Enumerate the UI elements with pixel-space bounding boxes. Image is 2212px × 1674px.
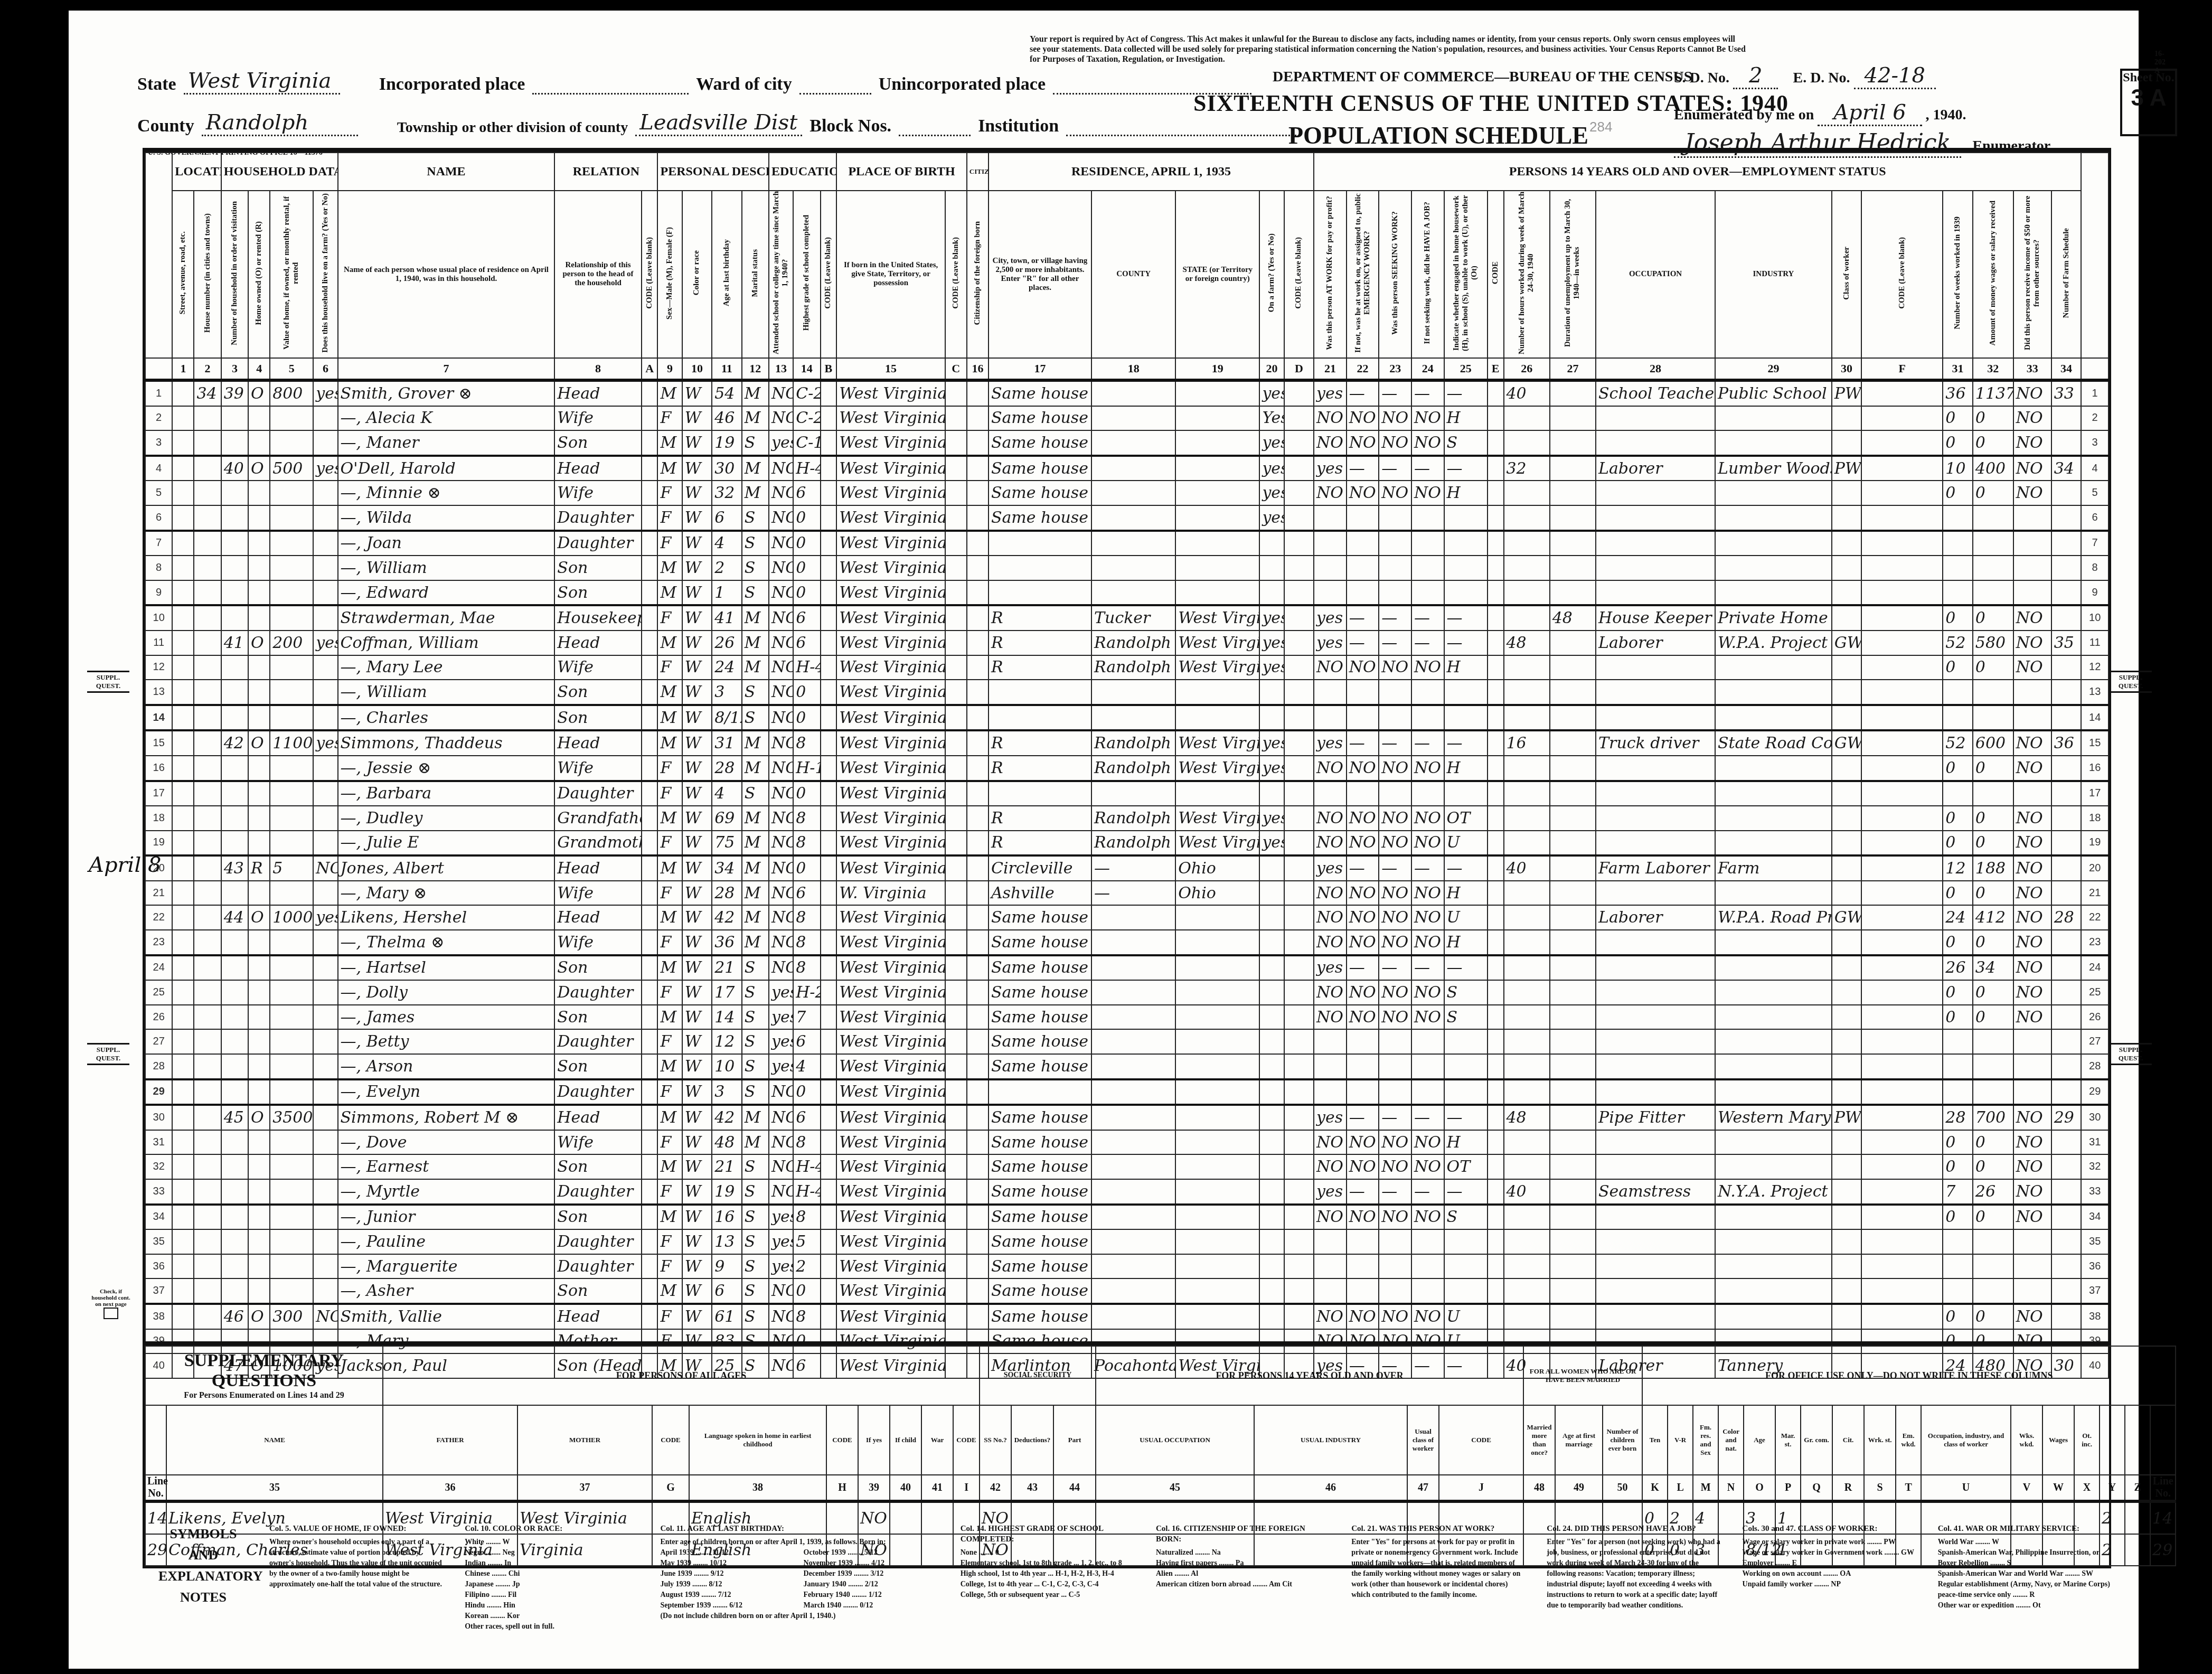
cell-code <box>1488 1304 1504 1329</box>
cell-sch: NO <box>769 580 793 606</box>
cell-c34: 33 <box>2051 380 2082 406</box>
cell-code <box>642 655 658 680</box>
cell-house <box>194 881 221 906</box>
cell-code <box>1488 655 1504 680</box>
cell-street <box>172 1154 194 1179</box>
cell-code <box>642 430 658 456</box>
cell-c34 <box>2051 1254 2082 1279</box>
cell-mar: M <box>742 831 769 856</box>
supp-col-number: U <box>1921 1475 2011 1501</box>
cell-code <box>945 456 967 481</box>
cell-code <box>1488 905 1504 930</box>
cell-bp: West Virginia <box>836 380 945 406</box>
cell-grade: 0 <box>793 1079 820 1105</box>
cell-sex: M <box>657 580 682 606</box>
note-col24: Col. 24. DID THIS PERSON HAVE A JOB? Ent… <box>1547 1523 1721 1632</box>
cell-c21 <box>1314 781 1347 806</box>
note-col41-title: Col. 41. WAR OR MILITARY SERVICE: <box>1938 1523 2112 1534</box>
cell-code <box>821 531 837 556</box>
table-row: 12—, Mary LeeWifeFW24MNOH-4West Virginia… <box>145 655 2109 680</box>
cell-hh: 43 <box>221 855 248 881</box>
cell-code <box>945 1054 967 1079</box>
cell-house <box>194 730 221 756</box>
cell-c31 <box>1943 1029 1972 1054</box>
cell-hh <box>221 531 248 556</box>
cell-code <box>821 930 837 955</box>
note-item: Korean ........ Kor <box>465 1611 639 1622</box>
cell-res19 <box>1175 531 1259 556</box>
cell-name: Simmons, Thaddeus <box>338 730 555 756</box>
supp-col-number: J <box>1439 1475 1523 1501</box>
cell-c25 <box>1444 531 1488 556</box>
cell-race: W <box>682 380 712 406</box>
cell-rel: Son <box>554 1054 641 1079</box>
cell-race: W <box>682 781 712 806</box>
note-item: March 1940 ........ 0/12 <box>804 1601 939 1611</box>
line-number: 17 <box>145 781 172 806</box>
cell-c26: 40 <box>1504 380 1550 406</box>
cell-c21: yes <box>1314 1179 1347 1205</box>
header-location-fields: State West Virginia Incorporated place W… <box>137 69 1296 152</box>
cell-own: O <box>248 456 270 481</box>
cell-code <box>1284 680 1314 705</box>
cell-code <box>967 881 989 906</box>
table-row: 2043R5NOJones, AlbertHeadMW34MNO0West Vi… <box>145 855 2109 881</box>
cell-c23 <box>1379 705 1411 731</box>
cell-rel: Grandmother <box>554 831 641 856</box>
cell-res20 <box>1259 1179 1284 1205</box>
cell-res17: R <box>989 806 1091 831</box>
table-row: 21—, Mary ⊗WifeFW28MNO6W. VirginiaAshvil… <box>145 881 2109 906</box>
supp-col-label: Em. wkd. <box>1896 1405 1921 1475</box>
cell-res17: Same house <box>989 905 1091 930</box>
cell-farm <box>313 955 337 981</box>
cell-grade: 0 <box>793 781 820 806</box>
cell-c26 <box>1504 1205 1550 1230</box>
name-group-header: NAME <box>338 153 555 191</box>
cell-res17: Same house <box>989 380 1091 406</box>
cell-code <box>945 505 967 531</box>
cell-c21 <box>1314 1229 1347 1254</box>
note-col30-list: Wage or salary worker in private work ..… <box>1743 1537 1917 1590</box>
column-header-33: Did this person receive income of $50 or… <box>2013 191 2051 358</box>
cell-race: W <box>682 831 712 856</box>
cell-code <box>967 1154 989 1179</box>
cell-occ: House Keeper <box>1596 605 1715 631</box>
cell-own <box>248 430 270 456</box>
cell-c33: NO <box>2013 1304 2051 1329</box>
cell-c26 <box>1504 1278 1550 1304</box>
cell-code <box>967 380 989 406</box>
cell-sch: NO <box>769 481 793 505</box>
cell-c26 <box>1504 1229 1550 1254</box>
cell-code <box>821 556 837 580</box>
cell-rel: Wife <box>554 655 641 680</box>
cell-res18 <box>1091 481 1175 505</box>
cell-house <box>194 930 221 955</box>
cell-c26 <box>1504 905 1550 930</box>
line-number: 33 <box>145 1179 172 1205</box>
cell-c26 <box>1504 406 1550 431</box>
cell-res17: R <box>989 756 1091 781</box>
note-item: American citizen born abroad ........ Am… <box>1156 1579 1330 1590</box>
line-number: 6 <box>145 505 172 531</box>
cell-res19 <box>1175 406 1259 431</box>
cell-house <box>194 1079 221 1105</box>
column-header-1: Street, avenue, road, etc. <box>172 191 194 358</box>
cell-c33 <box>2013 705 2051 731</box>
cell-c22: — <box>1347 605 1379 631</box>
column-header-B: CODE (Leave blank) <box>821 191 837 358</box>
cell-code <box>1488 1205 1504 1230</box>
cell-name: —, James <box>338 1005 555 1030</box>
cell-grade: 6 <box>793 1105 820 1130</box>
cell-farm <box>313 1054 337 1079</box>
cell-own <box>248 556 270 580</box>
cell-c22: NO <box>1347 831 1379 856</box>
supp-cell-line_r: 14 <box>2150 1501 2176 1534</box>
cell-res19 <box>1175 1229 1259 1254</box>
supp-col-number: K <box>1642 1475 1668 1501</box>
cell-c26 <box>1504 705 1550 731</box>
cell-code <box>821 705 837 731</box>
cell-occ <box>1596 580 1715 606</box>
cell-code <box>642 781 658 806</box>
institution-label: Institution <box>978 116 1059 136</box>
cell-sch: NO <box>769 781 793 806</box>
cell-race: W <box>682 1278 712 1304</box>
cell-sex: F <box>657 505 682 531</box>
cell-c22: NO <box>1347 930 1379 955</box>
cell-grade: 0 <box>793 531 820 556</box>
cell-ind <box>1715 756 1832 781</box>
cell-res18 <box>1091 556 1175 580</box>
cell-c34 <box>2051 980 2082 1005</box>
cell-c26 <box>1504 955 1550 981</box>
cell-mar: S <box>742 580 769 606</box>
cell-code <box>1488 705 1504 731</box>
cell-c26 <box>1504 1005 1550 1030</box>
cell-name: —, Minnie ⊗ <box>338 481 555 505</box>
cell-own <box>248 1079 270 1105</box>
cell-res19 <box>1175 1054 1259 1079</box>
cell-name: Coffman, William <box>338 631 555 655</box>
cell-value <box>270 556 313 580</box>
schedule-title: POPULATION SCHEDULE <box>1288 121 1588 149</box>
supp-col-label: NAME <box>166 1405 383 1475</box>
table-row: 8—, WilliamSonMW2SNO0West Virginia8 <box>145 556 2109 580</box>
cell-cls <box>1832 1130 1861 1155</box>
cell-code <box>1488 380 1504 406</box>
cell-name: —, Charles <box>338 705 555 731</box>
cell-code <box>1284 781 1314 806</box>
cell-mar: S <box>742 980 769 1005</box>
cell-mar: M <box>742 380 769 406</box>
cell-occ <box>1596 556 1715 580</box>
cell-code <box>821 580 837 606</box>
cell-own: O <box>248 631 270 655</box>
cell-own <box>248 406 270 431</box>
cell-c34 <box>2051 1054 2082 1079</box>
cell-code <box>967 456 989 481</box>
cell-mar: S <box>742 1079 769 1105</box>
cell-c31: 26 <box>1943 955 1972 981</box>
ed-number: 42-18 <box>1854 63 1936 89</box>
cell-code <box>642 1229 658 1254</box>
note-item: January 1940 ........ 2/12 <box>804 1579 939 1590</box>
line-number: 30 <box>145 1105 172 1130</box>
cell-c33: NO <box>2013 980 2051 1005</box>
cell-c32: 0 <box>1973 756 2013 781</box>
supp-col-label: USUAL INDUSTRY <box>1254 1405 1407 1475</box>
cell-mar: M <box>742 631 769 655</box>
cell-c27 <box>1550 831 1596 856</box>
cell-mar: M <box>742 881 769 906</box>
cell-code <box>1861 1005 1943 1030</box>
check-household-label: Check, if household cont. on next page <box>90 1289 132 1308</box>
cell-code <box>1488 756 1504 781</box>
cell-c33: NO <box>2013 481 2051 505</box>
notes-title: SYMBOLS AND EXPLANATORY NOTES <box>158 1523 248 1632</box>
cell-grade: 6 <box>793 481 820 505</box>
cell-sex: M <box>657 556 682 580</box>
cell-own <box>248 881 270 906</box>
cell-name: —, Mary Lee <box>338 655 555 680</box>
cell-res19: West Virginia <box>1175 730 1259 756</box>
cell-bp: West Virginia <box>836 905 945 930</box>
cell-c24 <box>1411 1254 1444 1279</box>
cell-code <box>945 1130 967 1155</box>
line-number: 8 <box>145 556 172 580</box>
cell-mar: M <box>742 406 769 431</box>
cell-value <box>270 1254 313 1279</box>
cell-code <box>821 481 837 505</box>
cell-street <box>172 1029 194 1054</box>
supp-col-label: Ot. inc. <box>2074 1405 2100 1475</box>
cell-cls <box>1832 831 1861 856</box>
line-number: 14 <box>145 705 172 731</box>
line-number-right: 4 <box>2081 456 2109 481</box>
cell-c22 <box>1347 680 1379 705</box>
cell-code <box>1284 380 1314 406</box>
cell-cls <box>1832 1154 1861 1179</box>
cell-code <box>1284 406 1314 431</box>
cell-sch: NO <box>769 655 793 680</box>
cell-c25: H <box>1444 930 1488 955</box>
cell-code <box>967 1278 989 1304</box>
cell-value: 500 <box>270 456 313 481</box>
cell-cls <box>1832 930 1861 955</box>
note-col21-text: Enter "Yes" for persons at work for pay … <box>1351 1537 1526 1601</box>
cell-c24: — <box>1411 955 1444 981</box>
cell-c26 <box>1504 430 1550 456</box>
cell-res17: Same house <box>989 1105 1091 1130</box>
cell-sex: F <box>657 980 682 1005</box>
cell-name: Simmons, Robert M ⊗ <box>338 1105 555 1130</box>
cell-code <box>945 481 967 505</box>
cell-value <box>270 806 313 831</box>
cell-c24 <box>1411 1079 1444 1105</box>
population-table: LOCATION HOUSEHOLD DATA NAME RELATION PE… <box>143 148 2111 1379</box>
cell-c31: 10 <box>1943 456 1972 481</box>
cell-name: O'Dell, Harold <box>338 456 555 481</box>
cell-c26 <box>1504 481 1550 505</box>
note-item: July 1939 ........ 8/12 <box>660 1579 796 1590</box>
cell-code <box>1284 1254 1314 1279</box>
cell-sch: NO <box>769 605 793 631</box>
cell-age: 42 <box>712 905 741 930</box>
table-row: 14—, CharlesSonMW8/12SNO0West Virginia14 <box>145 705 2109 731</box>
cell-c24 <box>1411 680 1444 705</box>
cell-res18 <box>1091 531 1175 556</box>
table-row: 1542O1100yesSimmons, ThaddeusHeadMW31MNO… <box>145 730 2109 756</box>
table-row: 3045O3500Simmons, Robert M ⊗HeadMW42MNO6… <box>145 1105 2109 1130</box>
supp-col-number: Z <box>2125 1475 2150 1501</box>
cell-bp: West Virginia <box>836 406 945 431</box>
cell-ind <box>1715 1079 1832 1105</box>
cell-grade: 8 <box>793 1205 820 1230</box>
cell-c22 <box>1347 705 1379 731</box>
cell-c34 <box>2051 705 2082 731</box>
table-row: 28—, ArsonSonMW10Syes4West VirginiaSame … <box>145 1054 2109 1079</box>
cell-rel: Son <box>554 1005 641 1030</box>
column-number-1: 1 <box>172 358 194 380</box>
cell-value: 200 <box>270 631 313 655</box>
cell-c23 <box>1379 580 1411 606</box>
table-row: 16—, Jessie ⊗WifeFW28MNOH-1West Virginia… <box>145 756 2109 781</box>
cell-c24 <box>1411 781 1444 806</box>
cell-c23 <box>1379 1079 1411 1105</box>
cell-code <box>945 705 967 731</box>
cell-farm <box>313 580 337 606</box>
cell-c32: 0 <box>1973 881 2013 906</box>
cell-res19: West Virginia <box>1175 831 1259 856</box>
cell-ind: Western Maryland R.R. <box>1715 1105 1832 1130</box>
supp-col-number: 42 <box>980 1475 1011 1501</box>
cell-farm <box>313 881 337 906</box>
cell-c21 <box>1314 556 1347 580</box>
cell-sex: M <box>657 1278 682 1304</box>
cell-value <box>270 1205 313 1230</box>
cell-c25: H <box>1444 1130 1488 1155</box>
household-continued-checkbox[interactable] <box>103 1308 118 1319</box>
cell-sch: NO <box>769 556 793 580</box>
cell-code <box>1284 1154 1314 1179</box>
table-row: 37—, AsherSonMW6SNO0West VirginiaSame ho… <box>145 1278 2109 1304</box>
note-item: December 1939 ........ 3/12 <box>804 1569 939 1579</box>
cell-bp: West Virginia <box>836 730 945 756</box>
cell-c26 <box>1504 930 1550 955</box>
cell-c24: NO <box>1411 1304 1444 1329</box>
cell-hh: 41 <box>221 631 248 655</box>
cell-ind: State Road Comm <box>1715 730 1832 756</box>
cell-value <box>270 481 313 505</box>
cell-c22: — <box>1347 955 1379 981</box>
note-item: College, 1st to 4th year ... C-1, C-2, C… <box>961 1579 1135 1590</box>
cell-c27 <box>1550 1254 1596 1279</box>
cell-c24 <box>1411 1278 1444 1304</box>
cell-code <box>821 831 837 856</box>
cell-c33: NO <box>2013 831 2051 856</box>
cell-res20 <box>1259 556 1284 580</box>
supp-col-number: Line No. <box>145 1475 166 1501</box>
cell-sex: M <box>657 955 682 981</box>
cell-c31 <box>1943 781 1972 806</box>
cell-c22 <box>1347 531 1379 556</box>
column-header-14: Highest grade of school completed <box>793 191 820 358</box>
cell-res18 <box>1091 1229 1175 1254</box>
cell-hh <box>221 1229 248 1254</box>
cell-res17: Same house <box>989 406 1091 431</box>
suppl-quest-tag-29: SUPPL. QUEST. <box>87 1043 129 1065</box>
supp-col-label: Wages <box>2042 1405 2074 1475</box>
cell-c32: 0 <box>1973 1005 2013 1030</box>
cell-c31: 0 <box>1943 655 1972 680</box>
margin-date-note: April 8 <box>89 853 161 877</box>
cell-value <box>270 1229 313 1254</box>
supp-col-label <box>145 1405 166 1475</box>
cell-res18 <box>1091 1105 1175 1130</box>
cell-ind <box>1715 1278 1832 1304</box>
cell-c33: NO <box>2013 380 2051 406</box>
note-col30-title: Cols. 30 and 47. CLASS OF WORKER: <box>1743 1523 1917 1534</box>
cell-rel: Wife <box>554 881 641 906</box>
cell-own: O <box>248 380 270 406</box>
cell-bp: West Virginia <box>836 680 945 705</box>
cell-c34 <box>2051 1029 2082 1054</box>
note-col24-title: Col. 24. DID THIS PERSON HAVE A JOB? <box>1547 1523 1721 1534</box>
cell-bp: West Virginia <box>836 556 945 580</box>
cell-grade: H-4 <box>793 655 820 680</box>
cell-code <box>945 1278 967 1304</box>
cell-c23: NO <box>1379 756 1411 781</box>
column-number-18: C <box>945 358 967 380</box>
cell-grade: 5 <box>793 1229 820 1254</box>
cell-rel: Grandfather <box>554 806 641 831</box>
column-number-26: 22 <box>1347 358 1379 380</box>
cell-code <box>945 806 967 831</box>
cell-code <box>821 881 837 906</box>
cell-occ <box>1596 831 1715 856</box>
supp-col-number: M <box>1693 1475 1718 1501</box>
cell-res19 <box>1175 980 1259 1005</box>
cell-bp: West Virginia <box>836 855 945 881</box>
supp-col-number: 48 <box>1523 1475 1555 1501</box>
supp-col-label <box>2125 1405 2150 1475</box>
cell-code <box>1284 855 1314 881</box>
cell-bp: West Virginia <box>836 1205 945 1230</box>
cell-c21: NO <box>1314 406 1347 431</box>
confidentiality-notice: Your report is required by Act of Congre… <box>1030 34 1748 64</box>
cell-res17 <box>989 781 1091 806</box>
cell-res20: yes <box>1259 631 1284 655</box>
column-number-22: 19 <box>1175 358 1259 380</box>
cell-code <box>1488 1105 1504 1130</box>
cell-res19 <box>1175 505 1259 531</box>
supp-all-ages-header: FOR PERSONS OF ALL AGES <box>383 1346 980 1405</box>
cell-code <box>642 605 658 631</box>
note-item: White ........ W <box>465 1537 639 1548</box>
cell-code <box>1861 881 1943 906</box>
cell-mar: S <box>742 1278 769 1304</box>
cell-age: 19 <box>712 430 741 456</box>
cell-res19 <box>1175 1205 1259 1230</box>
cell-res18 <box>1091 955 1175 981</box>
cell-sex: M <box>657 705 682 731</box>
cell-code <box>1284 881 1314 906</box>
column-header-10: Color or race <box>682 191 712 358</box>
line-number: 2 <box>145 406 172 431</box>
